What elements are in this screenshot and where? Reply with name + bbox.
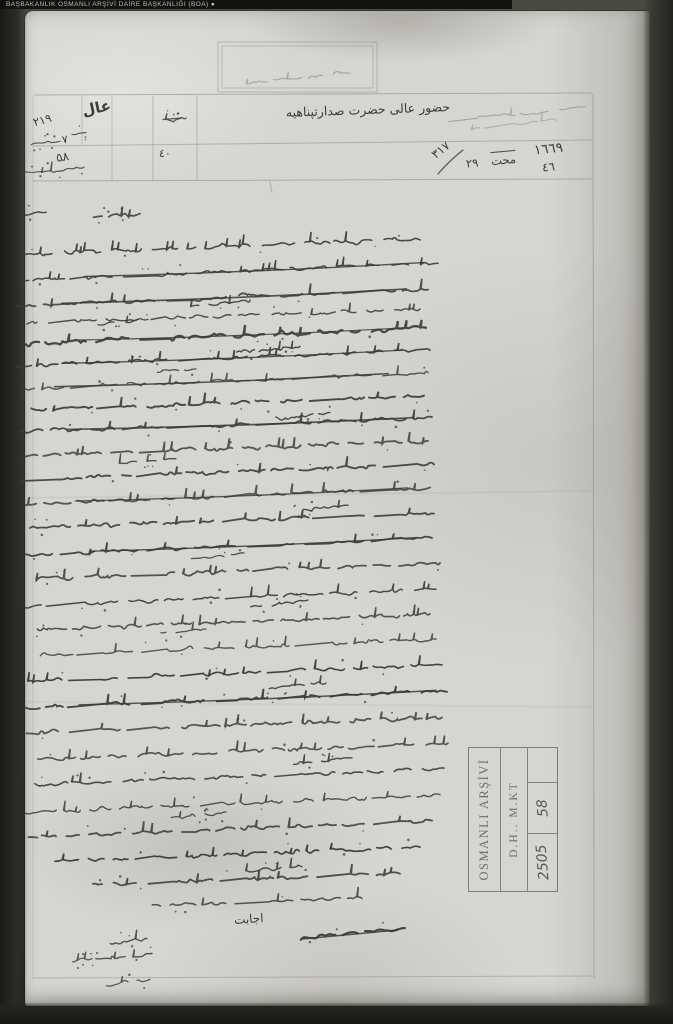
ink-dot <box>437 569 439 571</box>
handwritten-line <box>246 858 302 872</box>
ink-dot <box>171 448 173 450</box>
ink-dot <box>283 743 286 746</box>
registry-abbrev-word: محت <box>490 150 516 168</box>
ink-dot <box>362 830 364 832</box>
ink-dot <box>161 706 163 708</box>
ink-dot <box>143 987 145 989</box>
stamp-number-right: 58 <box>534 798 551 817</box>
archive-banner-text: BAŞBAKANLIK OSMANLI ARŞİVİ DAİRE BAŞKANL… <box>6 1 215 8</box>
handwritten-line <box>23 533 432 556</box>
ink-dot <box>261 808 263 810</box>
ink-dot <box>92 965 94 967</box>
ink-dot <box>103 207 105 209</box>
handwritten-line <box>110 930 147 944</box>
ink-dot <box>103 329 106 332</box>
ink-dot <box>424 469 426 471</box>
ink-dot <box>31 249 33 251</box>
ink-dot <box>36 636 38 638</box>
closing-word: اجابت <box>234 911 264 927</box>
pencil-line <box>33 179 592 181</box>
ink-dot <box>322 754 324 756</box>
handwritten-line <box>25 581 436 608</box>
ink-dot <box>303 515 305 517</box>
ink-dot <box>311 501 313 503</box>
handwritten-line <box>237 341 300 353</box>
stamp-empty-cell <box>528 748 557 782</box>
handwritten-line <box>269 675 326 688</box>
ink-dot <box>150 946 152 948</box>
handwritten-line <box>276 412 330 420</box>
ink-dot <box>387 449 389 451</box>
ink-dot <box>90 953 92 955</box>
ink-dot <box>341 659 344 662</box>
ink-dot <box>88 777 90 779</box>
ink-dot <box>59 176 61 178</box>
ink-dot <box>329 406 331 408</box>
ink-dot <box>229 441 232 444</box>
ink-dot <box>144 466 146 468</box>
ink-dot <box>169 504 171 506</box>
ink-dot <box>318 418 320 420</box>
handwritten-line <box>31 141 60 144</box>
handwritten-line <box>96 949 152 959</box>
ink-dot <box>120 932 122 934</box>
ink-dot <box>267 410 269 412</box>
handwritten-line <box>26 320 426 346</box>
ink-dot <box>22 286 24 288</box>
handwritten-line <box>28 655 442 682</box>
ink-dot <box>250 357 253 360</box>
ink-dot <box>29 219 31 221</box>
ink-dot <box>81 173 83 175</box>
ink-dot <box>111 389 113 391</box>
ink-dot <box>218 430 220 432</box>
ink-dot <box>273 306 275 308</box>
ink-dot <box>205 677 208 680</box>
ink-dot <box>216 668 218 670</box>
ink-dot <box>308 767 310 769</box>
fee-value: ٤٠ <box>159 147 171 160</box>
ink-dot <box>223 694 225 696</box>
ink-dot <box>119 875 122 878</box>
ink-dot <box>147 434 149 436</box>
pencil-line <box>270 182 272 192</box>
ink-dot <box>39 148 41 150</box>
ink-dot <box>199 821 201 823</box>
handwriting-layer <box>0 0 673 1024</box>
ink-dot <box>291 351 292 352</box>
ink-dot <box>368 335 371 338</box>
ink-dot <box>39 283 42 286</box>
handwritten-line <box>471 112 556 130</box>
registry-day-number: ٢٩ <box>465 155 479 170</box>
ink-dot <box>285 350 288 353</box>
pencil-line <box>33 140 592 146</box>
ink-dot <box>374 246 375 247</box>
ink-dot <box>359 843 360 844</box>
ink-dot <box>80 634 82 636</box>
ink-dot <box>41 534 44 537</box>
handwritten-line <box>36 559 440 580</box>
handwritten-line <box>72 133 86 135</box>
ink-dot <box>76 774 78 776</box>
ink-dot <box>144 772 146 774</box>
pencil-line <box>593 95 594 978</box>
ink-dot <box>82 953 84 955</box>
stamp-number-row: 2505 58 <box>528 748 557 891</box>
ink-dot <box>175 911 177 913</box>
ink-dot <box>316 237 318 239</box>
ink-dot <box>273 640 275 642</box>
ink-dot <box>42 624 44 626</box>
ink-dot <box>205 819 207 821</box>
ink-dot <box>115 325 117 327</box>
registry-sub-number: ٤٦ <box>541 159 555 174</box>
handwritten-line <box>119 452 176 463</box>
ink-dot <box>210 601 213 604</box>
ink-dot <box>391 712 393 714</box>
ink-dot <box>309 941 311 943</box>
ink-dot <box>121 695 123 697</box>
ink-dot <box>332 756 334 758</box>
letterhead-box-line <box>218 42 377 92</box>
ink-dot <box>44 135 46 137</box>
ink-dot <box>423 367 425 369</box>
scanned-archive-document: BAŞBAKANLIK OSMANLI ARŞİVİ DAİRE BAŞKANL… <box>0 0 673 1024</box>
ink-dot <box>177 112 179 114</box>
ink-dot <box>152 466 153 467</box>
ink-dot <box>299 605 301 607</box>
ink-dot <box>181 653 183 655</box>
ink-dot <box>191 374 193 376</box>
ink-dot <box>416 402 418 404</box>
ink-dot <box>62 672 64 674</box>
handwritten-line <box>25 231 420 255</box>
strike-line <box>91 538 417 552</box>
ink-dot <box>282 896 284 898</box>
ink-dot <box>46 519 48 521</box>
archive-stamp: OSMANLI ARŞİVİ D.H.. M.KT 2505 58 <box>468 747 558 892</box>
pencil-line <box>33 976 592 978</box>
ink-dot <box>41 777 42 778</box>
ink-dot <box>107 211 109 213</box>
ink-dot <box>31 166 33 168</box>
ink-dot <box>81 607 83 609</box>
handwritten-line <box>246 72 350 84</box>
ink-dot <box>362 623 363 624</box>
ink-dot <box>131 554 132 555</box>
ink-dot <box>243 719 245 721</box>
ink-dot <box>19 176 21 178</box>
stamp-archive-name: OSMANLI ARŞİVİ <box>469 748 501 891</box>
ink-dot <box>219 548 220 549</box>
ink-dot <box>407 839 410 842</box>
ink-dot <box>173 114 175 116</box>
ink-dot <box>398 235 400 237</box>
ink-dot <box>207 809 208 810</box>
ink-dot <box>221 820 223 822</box>
ink-dot <box>96 952 98 954</box>
ink-dot <box>79 125 81 127</box>
ink-dot <box>285 833 288 836</box>
ink-dot <box>47 133 49 135</box>
ink-dot <box>91 411 93 413</box>
ink-dot <box>371 533 374 536</box>
ink-dot <box>129 935 131 937</box>
ink-dot <box>266 343 268 345</box>
ink-dot <box>34 518 36 520</box>
ink-dot <box>28 205 30 207</box>
ink-dot <box>69 424 71 426</box>
ink-dot <box>47 162 49 164</box>
archive-stamp-box: OSMANLI ARŞİVİ D.H.. M.KT 2505 58 <box>468 747 558 892</box>
ink-dot <box>309 316 311 318</box>
stamp-number-left-cell: 2505 <box>528 833 557 891</box>
ink-dot <box>149 454 151 456</box>
ink-dot <box>396 481 399 484</box>
ink-dot <box>131 945 133 947</box>
ink-dot <box>210 350 212 352</box>
ink-dot <box>63 570 65 572</box>
handwritten-line <box>35 768 444 786</box>
ink-dot <box>237 718 239 720</box>
ink-dot <box>134 397 136 399</box>
handwritten-line <box>449 107 585 122</box>
ink-dot <box>427 410 429 412</box>
ink-dot <box>285 692 287 694</box>
ink-dot <box>193 796 195 798</box>
ink-dot <box>260 251 262 253</box>
ink-dot <box>265 862 267 864</box>
ink-dot <box>174 325 176 327</box>
ink-dot <box>281 338 283 340</box>
handwritten-line <box>37 605 430 631</box>
ink-dot <box>298 515 300 517</box>
stamp-number-right-cell: 58 <box>528 782 557 833</box>
ink-dot <box>181 705 183 707</box>
ink-dot <box>306 421 309 424</box>
handwritten-line <box>31 392 424 411</box>
ink-dot <box>382 673 384 675</box>
ink-dot <box>354 597 356 599</box>
ink-dot <box>269 875 271 877</box>
ink-dot <box>96 307 98 309</box>
ink-dot <box>163 771 166 774</box>
ink-dot <box>276 598 278 600</box>
handwritten-line <box>26 712 442 735</box>
ink-dot <box>77 967 79 969</box>
handwritten-line <box>191 553 244 559</box>
ink-dot <box>298 300 300 302</box>
ink-dot <box>46 583 48 585</box>
ink-dot <box>129 313 131 315</box>
ink-dot <box>309 514 311 516</box>
handwritten-line <box>304 500 348 511</box>
stamp-fond-code: D.H.. M.KT <box>501 748 528 891</box>
handwritten-line <box>20 165 42 173</box>
ink-dot <box>289 675 291 677</box>
handwritten-line <box>23 432 428 457</box>
handwritten-line <box>157 369 196 372</box>
ink-dot <box>323 419 325 421</box>
ink-dot <box>122 219 124 221</box>
ink-dot <box>112 480 114 482</box>
ink-dot <box>23 208 26 211</box>
ink-dot <box>300 596 302 598</box>
ink-dot <box>156 363 158 365</box>
ink-dot <box>272 702 274 704</box>
ink-dot <box>131 355 133 357</box>
handwritten-line <box>165 113 186 122</box>
ink-dot <box>42 737 44 739</box>
ink-dot <box>336 928 338 930</box>
ink-dot <box>220 307 222 309</box>
ink-dot <box>165 639 167 641</box>
stamp-number-left: 2505 <box>533 844 552 881</box>
ink-dot <box>307 418 310 421</box>
ink-dot <box>99 879 101 881</box>
ink-dot <box>287 843 288 844</box>
ink-dot <box>296 593 298 595</box>
ink-dot <box>218 589 221 592</box>
ink-dot <box>33 558 35 560</box>
ink-dot <box>275 863 276 864</box>
ink-dot <box>377 534 378 535</box>
ink-dot <box>135 959 137 961</box>
ink-dot <box>95 282 97 284</box>
ink-dot <box>104 609 107 612</box>
handwritten-line <box>55 843 420 862</box>
ink-dot <box>226 870 228 872</box>
handwritten-line <box>16 343 430 367</box>
handwritten-line <box>28 816 432 838</box>
ink-dot <box>239 549 241 551</box>
ink-dot <box>263 611 265 613</box>
ink-dot <box>98 222 100 224</box>
ink-dot <box>142 268 144 270</box>
ink-dot <box>246 782 248 784</box>
handwritten-line <box>30 508 434 528</box>
ink-dot <box>33 149 35 151</box>
ink-dot <box>267 692 269 694</box>
ink-dot <box>147 465 149 467</box>
ink-dot <box>146 314 148 316</box>
letterhead-box-line <box>222 46 373 88</box>
ink-dot <box>139 851 141 853</box>
ink-dot <box>167 110 168 111</box>
ink-dot <box>139 355 141 357</box>
ink-dot <box>240 408 242 410</box>
ink-dot <box>257 341 259 343</box>
ink-dot <box>85 136 87 138</box>
ink-dot <box>304 869 306 871</box>
registry-main-number: ١٦٦٩ <box>533 140 564 159</box>
handwritten-line <box>73 952 92 962</box>
ink-dot <box>237 464 239 466</box>
ink-dot <box>22 395 24 397</box>
pencil-line <box>35 93 592 95</box>
ink-dot <box>87 825 89 827</box>
ink-dot <box>324 755 326 757</box>
strike-line <box>62 289 406 303</box>
handwritten-line <box>171 811 226 818</box>
ink-dot <box>184 622 186 624</box>
ink-dot <box>237 306 239 308</box>
ink-dot <box>184 911 186 913</box>
ink-dot <box>224 552 226 554</box>
ink-dot <box>124 828 126 830</box>
ink-dot <box>288 562 290 564</box>
ink-dot <box>121 208 123 210</box>
ink-dot <box>395 426 398 429</box>
ink-dot <box>175 409 177 411</box>
ink-dot <box>279 326 281 328</box>
handwritten-line <box>38 736 448 761</box>
handwritten-line <box>21 456 434 481</box>
ink-dot <box>124 255 126 257</box>
ink-dot <box>309 464 311 466</box>
ink-dot <box>148 268 150 270</box>
handwritten-line <box>25 212 46 215</box>
ink-dot <box>128 973 131 976</box>
ink-dot <box>364 701 366 703</box>
ink-dot <box>51 147 53 149</box>
archive-banner: BAŞBAKANLIK OSMANLI ARŞİVİ DAİRE BAŞKANL… <box>0 0 512 9</box>
ink-dot <box>343 853 346 856</box>
margin-number-3: ٥٨ <box>55 149 70 165</box>
ink-dot <box>372 739 375 742</box>
ink-dot <box>56 572 58 574</box>
ink-dot <box>39 175 41 177</box>
ink-dot <box>118 325 120 327</box>
handwritten-line <box>40 633 436 656</box>
ink-dot <box>98 380 101 383</box>
ink-dot <box>140 888 142 890</box>
handwritten-line <box>24 791 440 814</box>
ink-dot <box>82 964 84 966</box>
handwritten-line <box>27 303 420 324</box>
ink-dot <box>180 636 182 638</box>
ink-dot <box>179 264 181 266</box>
ink-dot <box>50 754 52 756</box>
ink-dot <box>145 642 147 644</box>
ink-dot <box>53 135 55 137</box>
ink-dot <box>361 424 363 426</box>
ink-dot <box>294 505 296 507</box>
ink-dot <box>85 139 86 140</box>
handwritten-line <box>93 207 140 218</box>
ink-dot <box>382 922 384 924</box>
handwritten-line <box>152 887 362 906</box>
